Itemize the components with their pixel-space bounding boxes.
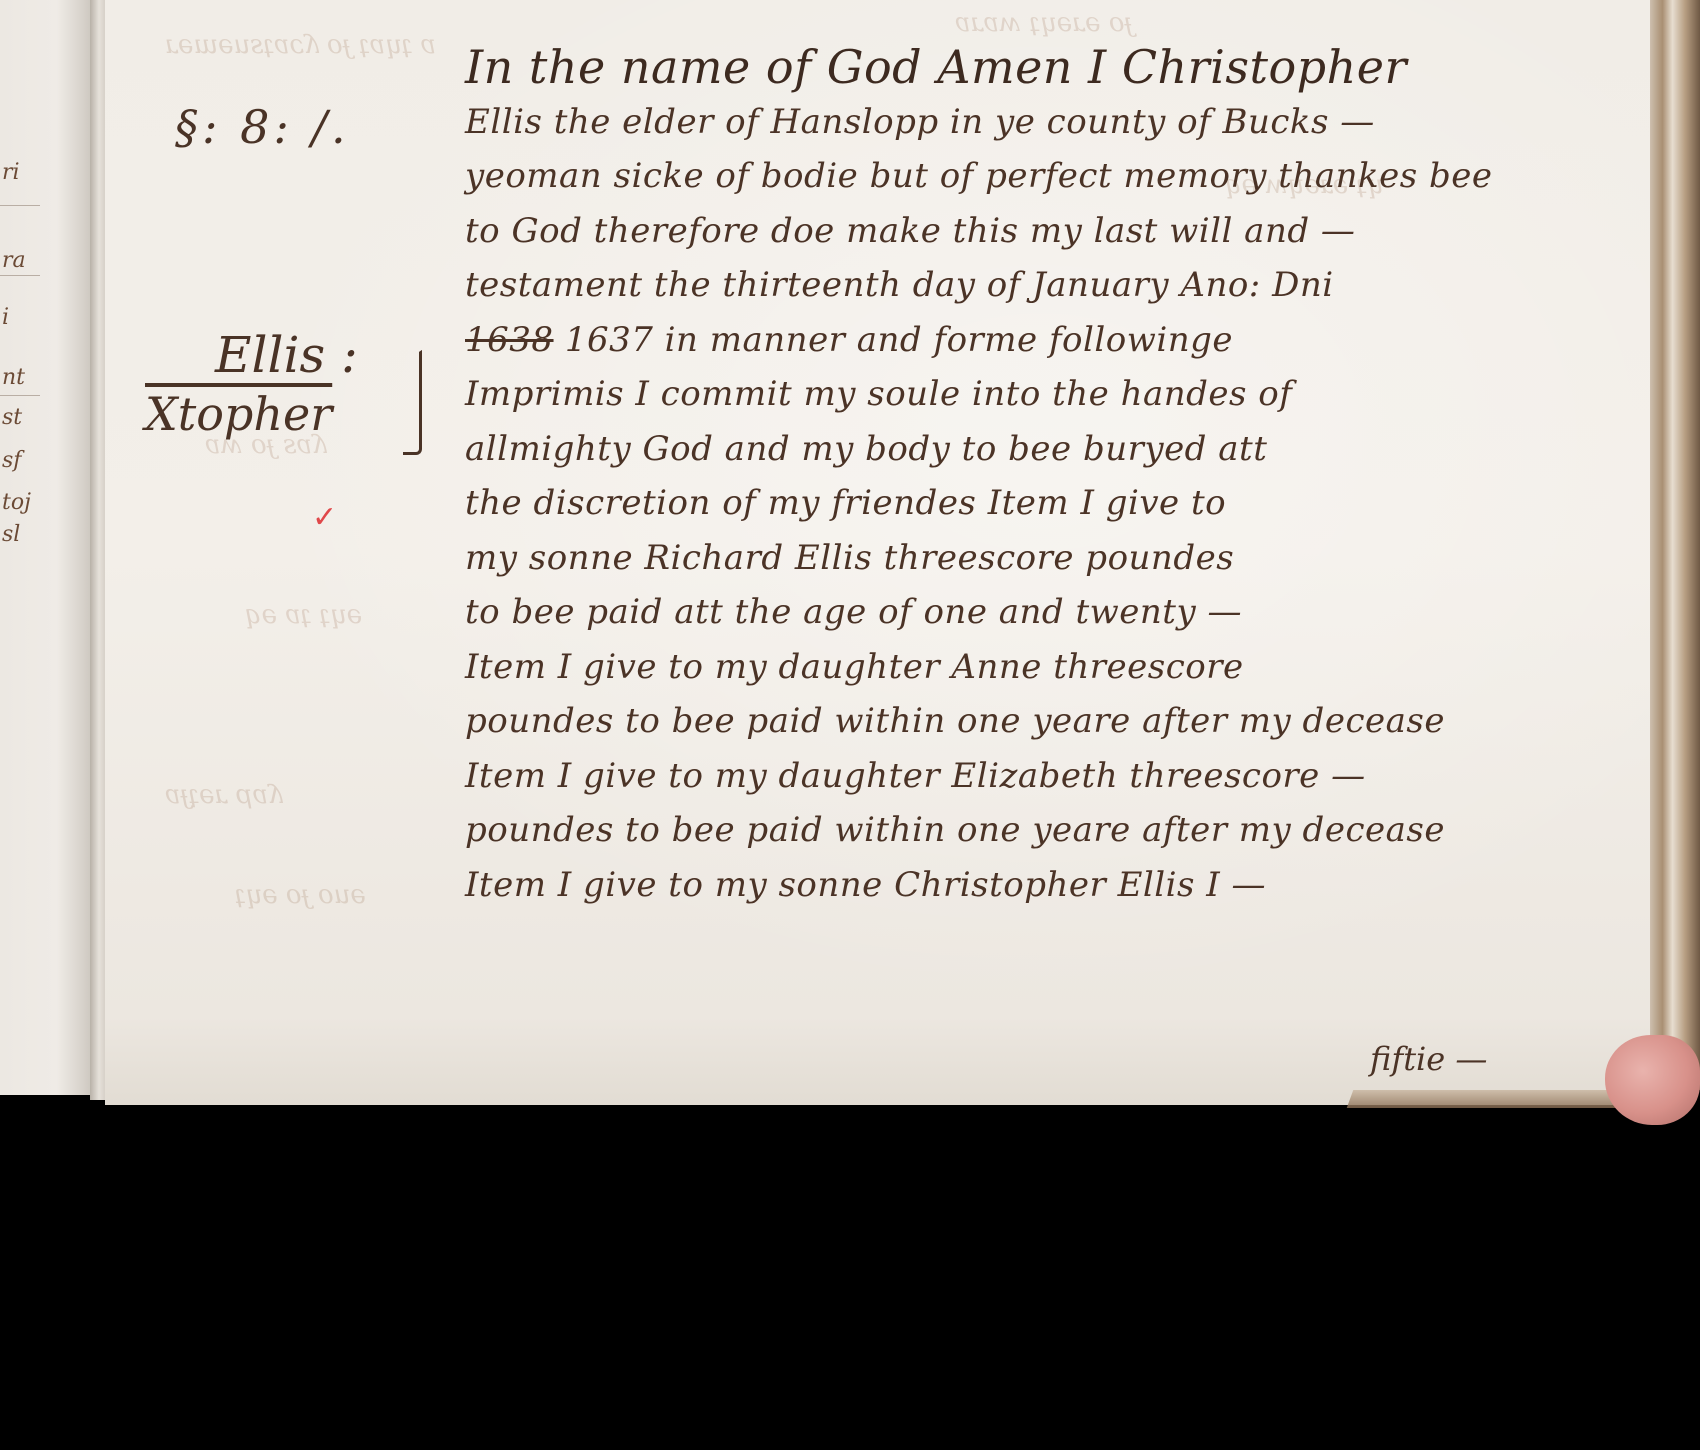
left-page-fragment: st bbox=[2, 405, 22, 430]
will-body: In the name of God Amen I Christopher El… bbox=[465, 40, 1655, 912]
will-line: Item I give to my daughter Anne threesco… bbox=[465, 640, 1655, 695]
will-line: to God therefore doe make this my last w… bbox=[465, 204, 1655, 259]
continuation-word: fiftie — bbox=[1370, 1040, 1487, 1078]
will-line-date: 1638 1637 in manner and forme followinge bbox=[465, 313, 1655, 368]
will-line: yeoman sicke of bodie but of perfect mem… bbox=[465, 149, 1655, 204]
left-page-rule bbox=[0, 275, 40, 276]
page-edge-stack bbox=[1650, 0, 1700, 1090]
will-line: my sonne Richard Ellis threescore pounde… bbox=[465, 531, 1655, 586]
will-line: poundes to bee paid within one yeare aft… bbox=[465, 803, 1655, 858]
left-page-fragment: i bbox=[2, 305, 9, 330]
will-line: testament the thirteenth day of January … bbox=[465, 258, 1655, 313]
will-line: poundes to bee paid within one yeare aft… bbox=[465, 694, 1655, 749]
manuscript-photo: ri ra i nt st sf toj sl ɐ ʇɥɐʇ ɟo ʎɔɐʇsu… bbox=[0, 0, 1700, 1450]
left-page-fragment: ra bbox=[2, 248, 26, 273]
will-line: to bee paid att the age of one and twent… bbox=[465, 585, 1655, 640]
will-line: Item I give to my sonne Christopher Elli… bbox=[465, 858, 1655, 913]
left-page-fragment: toj bbox=[2, 490, 31, 515]
will-line: In the name of God Amen I Christopher bbox=[465, 40, 1655, 95]
will-line: Ellis the elder of Hanslopp in ye county… bbox=[465, 95, 1655, 150]
bleed-through-text: ǝuo ɟo ǝɥʇ bbox=[235, 880, 366, 910]
margin-surname: Ellis : bbox=[215, 325, 358, 385]
folio-number: §: 8: /. bbox=[175, 100, 350, 154]
left-page-rule bbox=[0, 395, 40, 396]
will-line: the discretion of my friendes Item I giv… bbox=[465, 476, 1655, 531]
struck-out-year: 1638 bbox=[465, 320, 554, 360]
will-line: Imprimis I commit my soule into the hand… bbox=[465, 367, 1655, 422]
will-line-date-text: 1637 in manner and forme followinge bbox=[565, 320, 1233, 360]
bleed-through-text: ʎɐp ɹǝʇɟɐ bbox=[165, 780, 283, 810]
will-line: Item I give to my daughter Elizabeth thr… bbox=[465, 749, 1655, 804]
margin-bracket bbox=[403, 350, 422, 455]
margin-forename: Xtopher bbox=[145, 385, 358, 443]
left-page-fragment: sf bbox=[2, 448, 21, 473]
left-page-fragment: sl bbox=[2, 522, 20, 547]
bleed-through-text: ɟo ǝɹǝɥʇ ʍɐɹɐ bbox=[955, 8, 1133, 38]
left-facing-page: ri ra i nt st sf toj sl bbox=[0, 0, 95, 1095]
bleed-through-text: ǝɥʇ ʇɐ ǝq bbox=[245, 600, 362, 630]
red-check-mark-icon: ✓ bbox=[312, 500, 337, 535]
left-page-rule bbox=[0, 205, 40, 206]
margin-heading: Ellis : Xtopher bbox=[145, 325, 358, 443]
bleed-through-text: ɐ ʇɥɐʇ ɟo ʎɔɐʇsuǝɯǝɹ bbox=[165, 30, 436, 60]
left-page-fragment: nt bbox=[2, 365, 25, 390]
holding-thumb bbox=[1605, 1035, 1700, 1125]
left-page-fragment: ri bbox=[2, 160, 20, 185]
will-line: allmighty God and my body to bee buryed … bbox=[465, 422, 1655, 477]
page-corner-edge bbox=[1347, 1090, 1634, 1108]
